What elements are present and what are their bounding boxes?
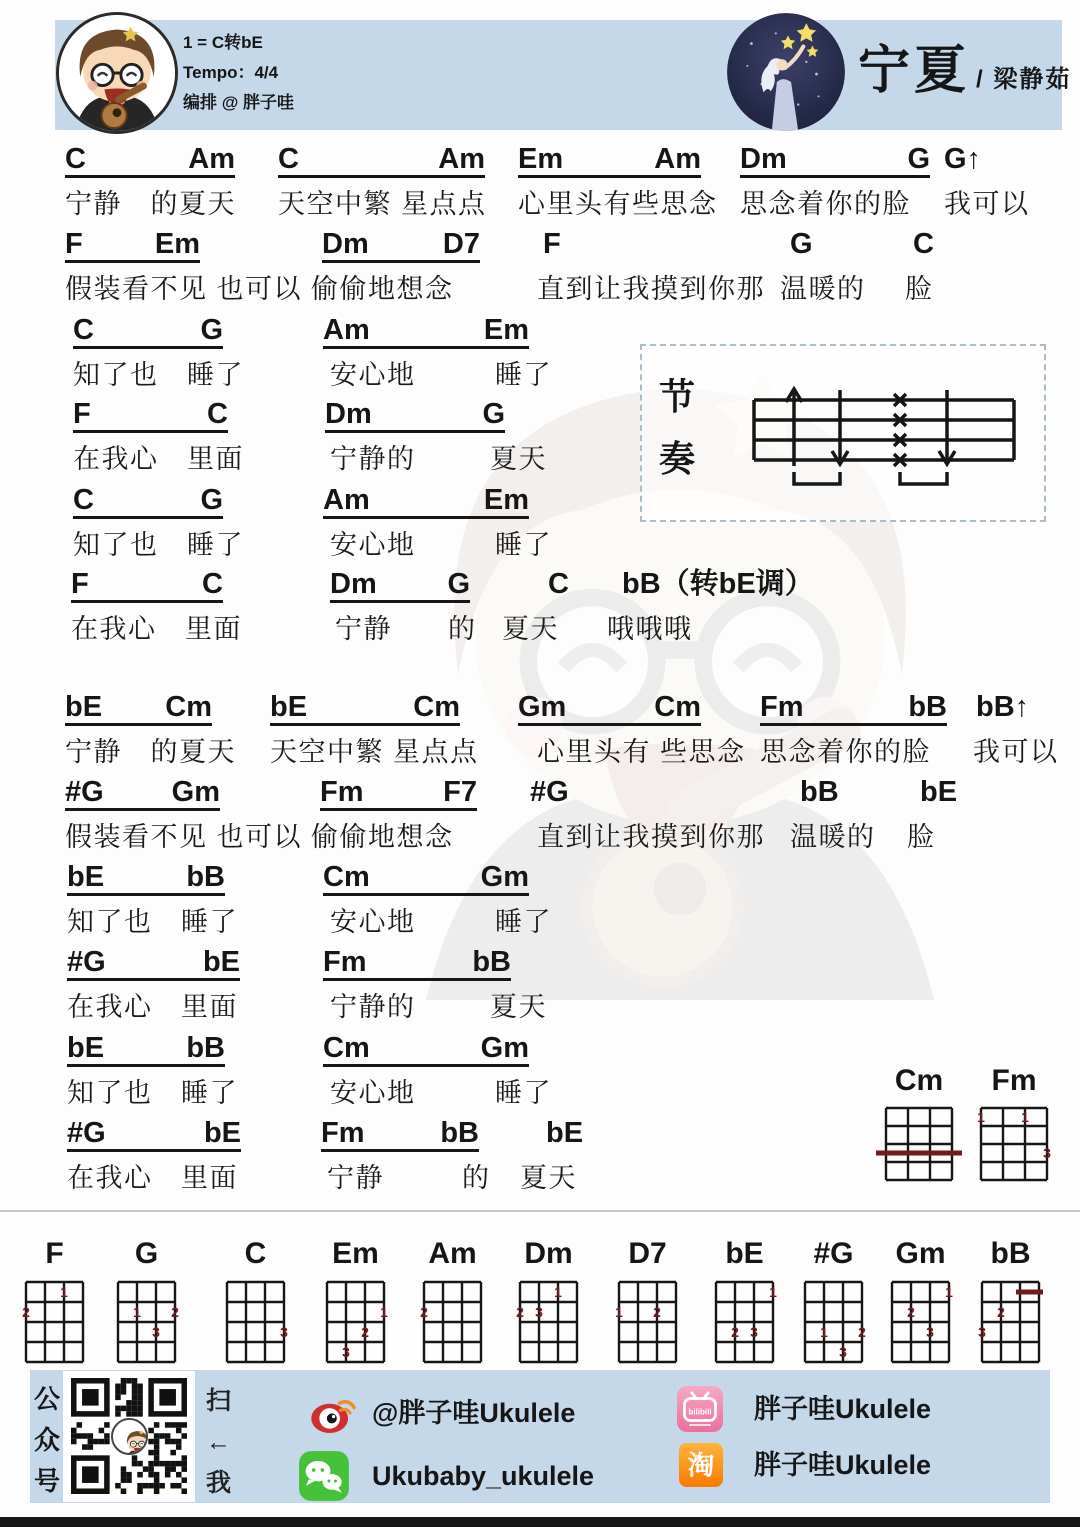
lyric-segment: 睡了: [495, 1077, 552, 1109]
song-title: 宁夏: [858, 40, 970, 102]
lyric-segment: 我可以: [944, 188, 1030, 220]
weibo-handle: @胖子哇Ukulele: [372, 1387, 575, 1439]
chord-label: Gm: [481, 862, 529, 893]
finger-marker: 2: [22, 1304, 30, 1320]
lyric-segment: 知了也 睡了: [67, 906, 238, 938]
chord-diagram-name: bE: [708, 1234, 781, 1274]
chord-diagram-name: Fm: [973, 1062, 1055, 1100]
lyric-row: 在我心 里面宁静的夏天: [0, 443, 1080, 477]
chord-measure: CG: [73, 315, 223, 349]
chord-label: Cm: [323, 1033, 370, 1064]
chord-label: bB: [186, 1033, 225, 1064]
lyric-segment: 夏天: [490, 443, 547, 475]
chord-measure: FmbB: [760, 692, 947, 726]
chord-diagram-grid: 23: [974, 1278, 1047, 1366]
finger-marker: 3: [750, 1324, 758, 1340]
chord-measure: FmbB: [323, 947, 511, 981]
song-artist: / 梁静茹: [976, 59, 1071, 94]
chord-measure: CAm: [278, 144, 485, 178]
chord-measure: bECm: [270, 692, 460, 726]
chord-label: G: [200, 315, 223, 346]
chord-diagram-name: Cm: [878, 1062, 960, 1100]
chord-label: bE: [204, 1118, 241, 1149]
chord-diagram-Am: Am2: [416, 1234, 489, 1371]
chord-row: CAmCAmEmAmDmGG↑: [0, 144, 1080, 182]
chord-measure: DmG: [330, 569, 470, 603]
chord-measure: FmF7: [320, 777, 477, 811]
chord-measure: #GGm: [65, 777, 220, 811]
finger-marker: 2: [516, 1304, 524, 1320]
chord-diagram-grid: 12: [611, 1278, 684, 1366]
finger-marker: 2: [420, 1304, 428, 1320]
chord-measure: DmG: [740, 144, 930, 178]
lyric-segment: 哦哦哦: [607, 613, 693, 645]
chord-label: Am: [654, 144, 701, 175]
chord-label: Cm: [323, 862, 370, 893]
arranger-avatar-icon: [59, 15, 175, 131]
lyric-segment: 天空中繁 星点点: [278, 188, 487, 220]
taobao-handle: 胖子哇Ukulele: [754, 1442, 931, 1488]
chord-label: Dm: [325, 399, 372, 430]
chord-diagram-grid: 123: [110, 1278, 183, 1366]
chord-diagram-bE: bE123: [708, 1234, 781, 1371]
chord-row: FCDmGCbB（转bE调）: [0, 569, 1080, 607]
chord-label: F: [543, 229, 561, 259]
lyric-segment: 假装看不见 也可以 偷偷地想念: [65, 273, 454, 305]
chord-diagram-D7: D712: [611, 1234, 684, 1371]
lyric-segment: 思念着你的脸: [740, 188, 911, 220]
chord-row: bEbBCmGm: [0, 862, 1080, 900]
chord-measure: #GbE: [67, 947, 240, 981]
chord-label: C: [278, 144, 299, 175]
chord-label: C: [73, 485, 94, 516]
chord-diagram-Cm: Cm: [878, 1062, 960, 1189]
chord-label: G: [790, 229, 813, 259]
chord-label: F: [65, 229, 83, 260]
chord-label: Gm: [172, 777, 220, 808]
chord-measure: FmbB: [321, 1118, 479, 1152]
lyric-segment: 温暖的: [790, 821, 876, 853]
chord-label: bB: [908, 692, 947, 723]
lyric-row: 假装看不见 也可以 偷偷地想念直到让我摸到你那温暖的脸: [0, 273, 1080, 307]
lyric-row: 宁静 的夏天天空中繁 星点点心里头有些思念思念着你的脸我可以: [0, 188, 1080, 222]
chord-label: C: [548, 569, 569, 599]
weibo-icon: [308, 1387, 360, 1439]
lyric-segment: 睡了: [495, 529, 552, 561]
chord-label: Cm: [165, 692, 212, 723]
key-signature: 1 = C转bE: [183, 28, 294, 58]
lyric-segment: 的: [448, 613, 477, 645]
chord-label: F: [71, 569, 89, 600]
finger-marker: 2: [997, 1304, 1005, 1320]
chord-measure: FC: [71, 569, 223, 603]
chord-diagram-grid: 123: [512, 1278, 585, 1366]
finger-marker: 3: [978, 1324, 986, 1340]
chord-diagram-bB: bB23: [974, 1234, 1047, 1371]
chord-measure: bEbB: [67, 1033, 225, 1067]
chord-diagram-name: #G: [797, 1234, 870, 1274]
chord-label: #G: [67, 1118, 106, 1149]
finger-marker: 1: [769, 1284, 777, 1300]
chord-diagram-grid: 123: [797, 1278, 870, 1366]
chord-label: bB（转bE调）: [622, 569, 814, 599]
chord-label: C: [202, 569, 223, 600]
chord-diagram-F: F12: [18, 1234, 91, 1371]
chord-label: Em: [484, 485, 529, 516]
finger-marker: 3: [152, 1324, 160, 1340]
bilibili-handle: 胖子哇Ukulele: [754, 1385, 931, 1433]
chord-diagram-Fm: Fm113: [973, 1062, 1055, 1189]
chord-row: #GGmFmF7#GbBbE: [0, 777, 1080, 815]
qr-center-avatar: [111, 1418, 148, 1455]
title-block: 宁夏 / 梁静茹: [858, 40, 1071, 102]
chord-measure: AmEm: [323, 485, 529, 519]
lyric-segment: 夏天: [502, 613, 559, 645]
lyric-segment: 假装看不见 也可以 偷偷地想念: [65, 821, 454, 853]
lyric-segment: 在我心 里面: [67, 1162, 238, 1194]
finger-marker: 2: [361, 1324, 369, 1340]
finger-marker: 3: [280, 1324, 288, 1340]
chord-label: Fm: [760, 692, 804, 723]
finger-marker: 2: [731, 1324, 739, 1340]
lyric-segment: 夏天: [490, 991, 547, 1023]
lyric-segment: 知了也 睡了: [73, 529, 244, 561]
scan-me-label: 扫←我: [206, 1381, 236, 1504]
chord-measure: bECm: [65, 692, 212, 726]
chord-label: Em: [155, 229, 200, 260]
chord-label: bE: [270, 692, 307, 723]
chord-row: FCDmG: [0, 399, 1080, 437]
chord-label: bB: [800, 777, 839, 807]
finger-marker: 1: [820, 1324, 828, 1340]
finger-marker: 2: [858, 1324, 866, 1340]
chord-label: #G: [67, 947, 106, 978]
chord-measure: CmGm: [323, 862, 529, 896]
bilibili-icon: bilibili: [676, 1385, 724, 1433]
chord-row: FEmDmD7FGC: [0, 229, 1080, 267]
chord-diagram-grid: 113: [973, 1104, 1055, 1184]
chord-label: Am: [438, 144, 485, 175]
lyric-row: 在我心 里面宁静的夏天: [0, 991, 1080, 1025]
lyric-segment: 夏天: [520, 1162, 577, 1194]
chord-diagram-name: Dm: [512, 1234, 585, 1274]
lyric-row: 知了也 睡了安心地睡了: [0, 359, 1080, 393]
chord-label: C: [65, 144, 86, 175]
chord-label: G: [907, 144, 930, 175]
chord-measure: GmCm: [518, 692, 701, 726]
qr-code: [63, 1371, 195, 1502]
chord-label: Dm: [740, 144, 787, 175]
night-sky-girl-icon: [727, 13, 845, 131]
chord-label: F7: [443, 777, 477, 808]
chord-diagram-Em: Em123: [319, 1234, 392, 1371]
lyric-segment: 心里头有 些思念: [537, 736, 746, 768]
lyric-segment: 直到让我摸到你那: [537, 273, 765, 305]
finger-marker: 1: [60, 1284, 68, 1300]
chord-label: G: [447, 569, 470, 600]
lyric-segment: 天空中繁 星点点: [270, 736, 479, 768]
lyric-segment: 脸: [907, 821, 936, 853]
chord-label: C: [913, 229, 934, 259]
chord-label: Fm: [323, 947, 367, 978]
chord-row: #GbEFmbB: [0, 947, 1080, 985]
chord-measure: FEm: [65, 229, 200, 263]
cover-art: [727, 13, 845, 131]
chord-measure: FC: [73, 399, 228, 433]
finger-marker: 3: [342, 1344, 350, 1360]
finger-marker: 3: [535, 1304, 543, 1320]
chord-label: bB↑: [976, 692, 1029, 722]
chord-label: bE: [546, 1118, 583, 1148]
lyric-segment: 温暖的: [780, 273, 866, 305]
chord-diagram-Dm: Dm123: [512, 1234, 585, 1371]
lyric-segment: 心里头有些思念: [518, 188, 718, 220]
lyric-row: 宁静 的夏天天空中繁 星点点心里头有 些思念思念着你的脸我可以: [0, 736, 1080, 770]
lyric-segment: 安心地: [330, 359, 416, 391]
chord-measure: CmGm: [323, 1033, 529, 1067]
chord-label: C: [73, 315, 94, 346]
chord-label: bB: [440, 1118, 479, 1149]
wechat-handle: Ukubaby_ukulele: [372, 1450, 594, 1502]
finger-marker: 3: [926, 1324, 934, 1340]
finger-marker: 1: [133, 1304, 141, 1320]
lyric-segment: 脸: [905, 273, 934, 305]
lyric-segment: 安心地: [330, 529, 416, 561]
finger-marker: 1: [977, 1109, 985, 1125]
finger-marker: 1: [554, 1284, 562, 1300]
lyric-segment: 安心地: [330, 1077, 416, 1109]
page-bottom-edge: [0, 1517, 1080, 1527]
bilibili-icon-text: bilibili: [688, 1408, 711, 1417]
chord-label: Em: [484, 315, 529, 346]
chord-diagram-name: G: [110, 1234, 183, 1274]
lyric-segment: 知了也 睡了: [67, 1077, 238, 1109]
chord-diagram-G: G123: [110, 1234, 183, 1371]
finger-marker: 2: [653, 1304, 661, 1320]
chord-label: C: [207, 399, 228, 430]
chord-label: Am: [188, 144, 235, 175]
chord-label: bB: [186, 862, 225, 893]
section-divider: [0, 1210, 1080, 1212]
finger-marker: 1: [615, 1304, 623, 1320]
chord-label: G: [482, 399, 505, 430]
finger-marker: 1: [380, 1304, 388, 1320]
chord-measure: bEbB: [67, 862, 225, 896]
chord-diagram-name: Gm: [884, 1234, 957, 1274]
chord-label: Gm: [518, 692, 566, 723]
chord-diagram-grid: 123: [319, 1278, 392, 1366]
chord-label: Em: [518, 144, 563, 175]
chord-diagram-name: C: [219, 1234, 292, 1274]
chord-label: Am: [323, 485, 370, 516]
lyric-row: 知了也 睡了安心地睡了: [0, 529, 1080, 563]
lyric-segment: 的: [462, 1162, 491, 1194]
chord-label: Cm: [654, 692, 701, 723]
lyric-row: 在我心 里面宁静的夏天哦哦哦: [0, 613, 1080, 647]
finger-marker: 1: [945, 1284, 953, 1300]
lyric-row: 知了也 睡了安心地睡了: [0, 906, 1080, 940]
chord-label: #G: [530, 777, 569, 807]
chord-diagram-grid: 2: [416, 1278, 489, 1366]
chord-diagram-C: C3: [219, 1234, 292, 1371]
finger-marker: 2: [171, 1304, 179, 1320]
taobao-icon-glyph: 淘: [688, 1451, 715, 1481]
wechat-icon: [298, 1450, 350, 1502]
chord-label: F: [73, 399, 91, 430]
lyric-segment: 在我心 里面: [67, 991, 238, 1023]
chord-label: D7: [443, 229, 480, 260]
arranger-credit: 编排 @ 胖子哇: [183, 88, 294, 118]
lyric-segment: 睡了: [495, 359, 552, 391]
official-account-label: 公众号: [34, 1379, 64, 1502]
lyric-segment: 我可以: [973, 736, 1059, 768]
chord-label: Dm: [330, 569, 377, 600]
lyric-segment: 宁静 的夏天: [65, 188, 236, 220]
chord-label: bE: [65, 692, 102, 723]
finger-marker: 2: [907, 1304, 915, 1320]
chord-label: bE: [920, 777, 957, 807]
arranger-avatar: [56, 12, 178, 134]
finger-marker: 3: [1043, 1145, 1051, 1161]
lyric-segment: 思念着你的脸: [760, 736, 931, 768]
chord-label: G↑: [944, 144, 981, 174]
chord-label: #G: [65, 777, 104, 808]
chord-measure: CG: [73, 485, 223, 519]
chord-label: Fm: [321, 1118, 365, 1149]
lyric-segment: 宁静: [335, 613, 392, 645]
chord-diagram-name: bB: [974, 1234, 1047, 1274]
chord-diagram-name: Am: [416, 1234, 489, 1274]
chord-row: CGAmEm: [0, 485, 1080, 523]
chord-diagram-name: F: [18, 1234, 91, 1274]
lyric-segment: 在我心 里面: [71, 613, 242, 645]
qr-avatar-icon: [121, 1427, 148, 1455]
chord-label: Am: [323, 315, 370, 346]
chord-measure: DmG: [325, 399, 505, 433]
chord-diagram-grid: 123: [708, 1278, 781, 1366]
lyric-segment: 直到让我摸到你那: [537, 821, 765, 853]
lyric-segment: 宁静: [327, 1162, 384, 1194]
finger-marker: 3: [839, 1344, 847, 1360]
chord-label: Dm: [322, 229, 369, 260]
lyric-segment: 睡了: [495, 906, 552, 938]
chord-row: CGAmEm: [0, 315, 1080, 353]
chord-diagram-Gm: Gm123: [884, 1234, 957, 1371]
chord-label: bE: [203, 947, 240, 978]
lyric-segment: 在我心 里面: [73, 443, 244, 475]
chord-measure: DmD7: [322, 229, 480, 263]
chord-label: Gm: [481, 1033, 529, 1064]
chord-label: bB: [472, 947, 511, 978]
taobao-icon: 淘: [678, 1442, 724, 1488]
song-meta: 1 = C转bE Tempo：4/4 编排 @ 胖子哇: [183, 28, 294, 118]
chord-diagram-grid: [878, 1104, 960, 1184]
chord-diagram-name: D7: [611, 1234, 684, 1274]
lyric-segment: 安心地: [330, 906, 416, 938]
chord-diagram-grid: 3: [219, 1278, 292, 1366]
lyric-segment: 宁静 的夏天: [65, 736, 236, 768]
lyric-segment: 知了也 睡了: [73, 359, 244, 391]
chord-measure: AmEm: [323, 315, 529, 349]
lyric-segment: 宁静的: [330, 443, 416, 475]
chord-row: bECmbECmGmCmFmbBbB↑: [0, 692, 1080, 730]
tempo: Tempo：4/4: [183, 58, 294, 88]
chord-label: Fm: [320, 777, 364, 808]
chord-diagram-grid: 123: [884, 1278, 957, 1366]
chord-label: bE: [67, 1033, 104, 1064]
chord-label: bE: [67, 862, 104, 893]
chord-measure: #GbE: [67, 1118, 241, 1152]
chord-diagram-#G: #G123: [797, 1234, 870, 1371]
chord-diagram-name: Em: [319, 1234, 392, 1274]
chord-measure: CAm: [65, 144, 235, 178]
chord-label: G: [200, 485, 223, 516]
lyric-segment: 宁静的: [330, 991, 416, 1023]
chord-label: Cm: [413, 692, 460, 723]
chord-measure: EmAm: [518, 144, 701, 178]
finger-marker: 1: [1021, 1109, 1029, 1125]
lyric-row: 假装看不见 也可以 偷偷地想念直到让我摸到你那温暖的脸: [0, 821, 1080, 855]
chord-sheet-page: 1 = C转bE Tempo：4/4 编排 @ 胖子哇 宁夏 / 梁静茹 节奏 …: [0, 0, 1080, 1527]
chord-diagram-grid: 12: [18, 1278, 91, 1366]
